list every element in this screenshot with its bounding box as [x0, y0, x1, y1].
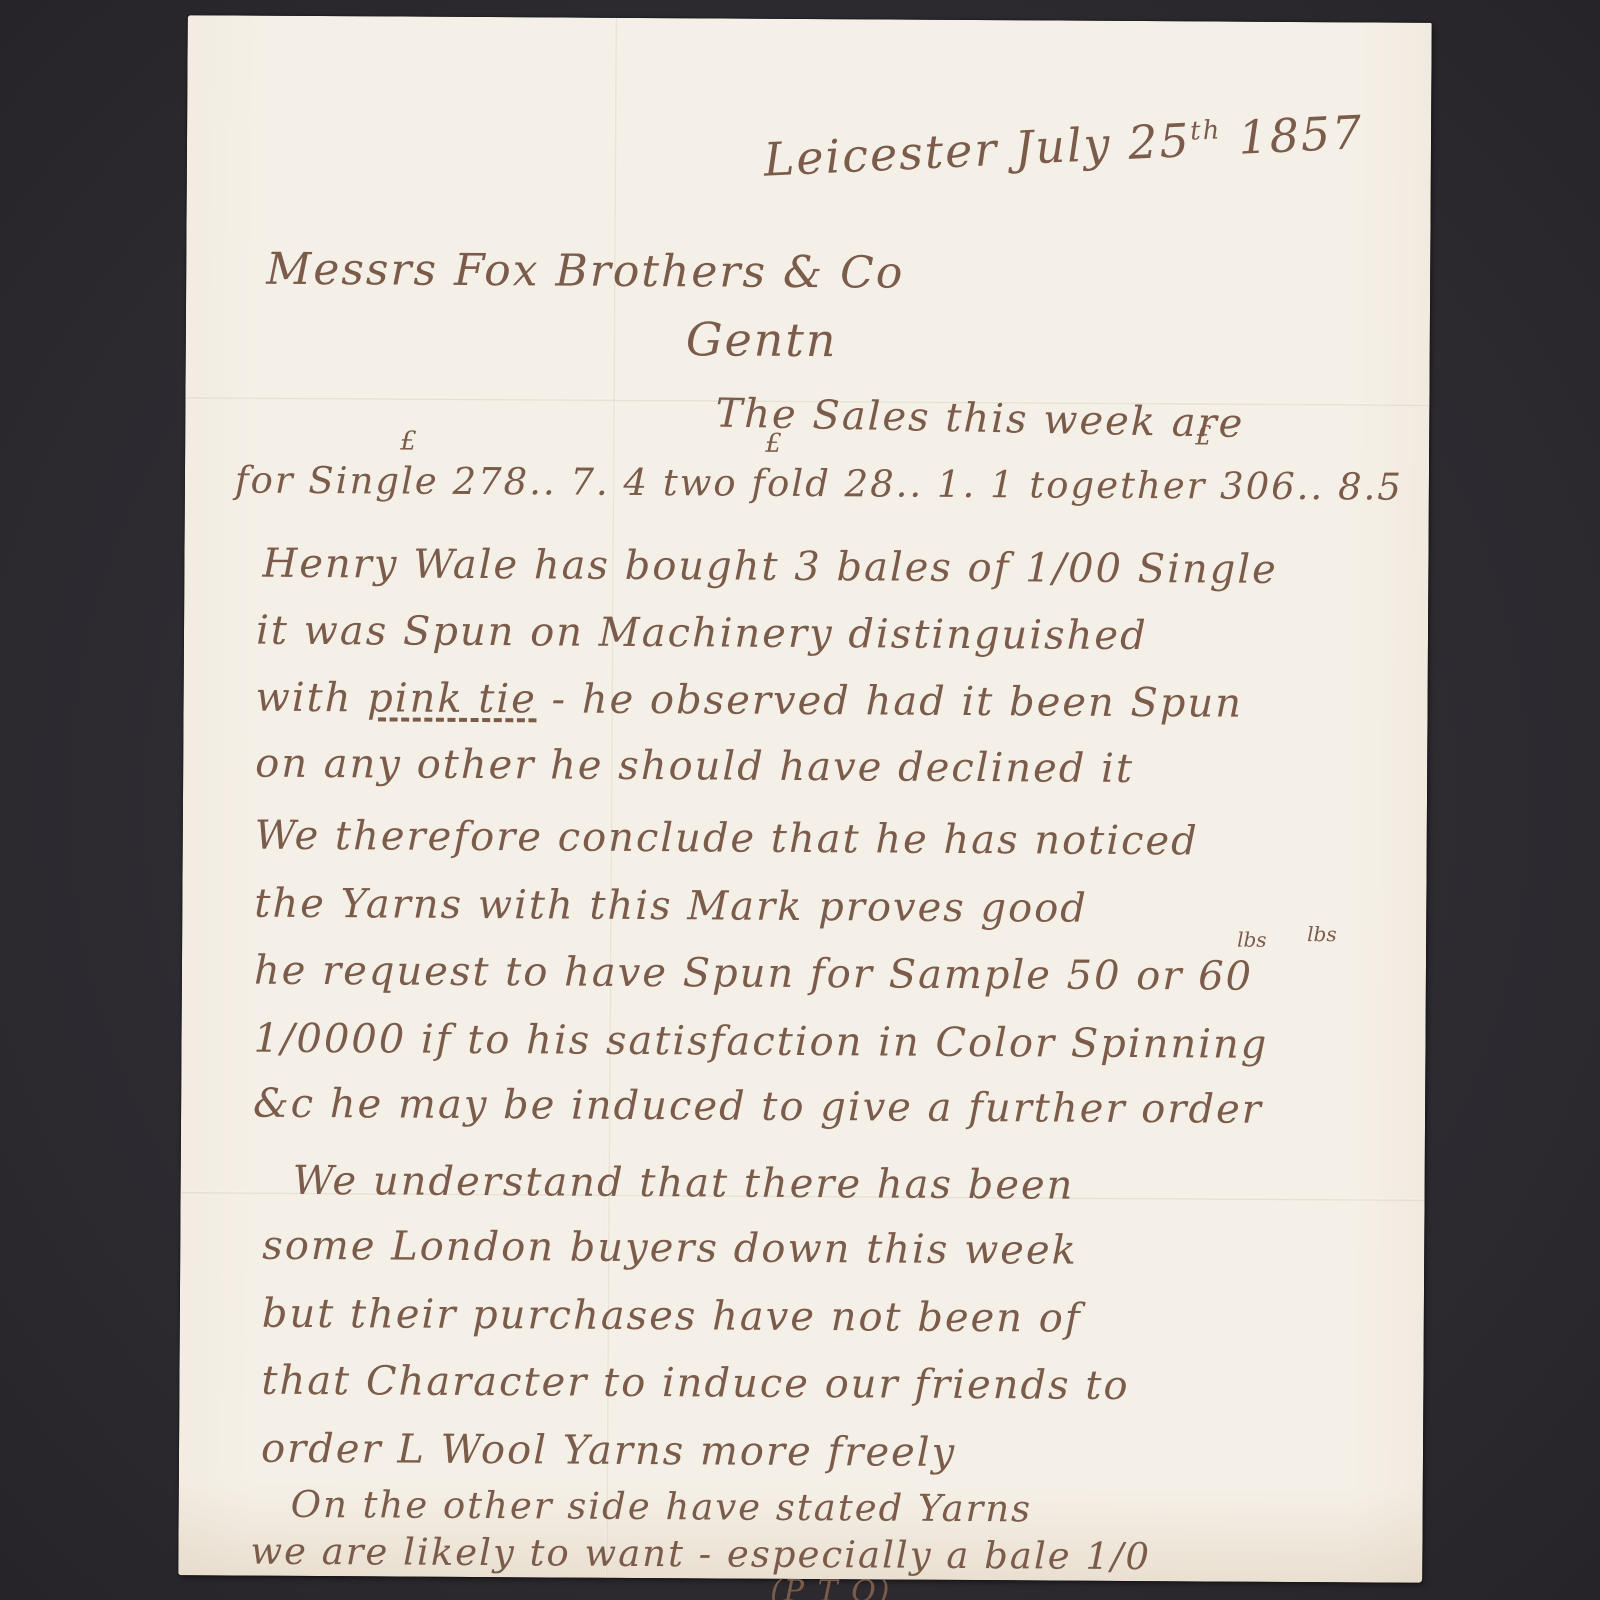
body-line-6: on any other he should have declined it: [255, 744, 1134, 789]
body-line-10: 1/0000 if to his satisfaction in Color S…: [253, 1019, 1268, 1065]
dateline-place: Leicester: [762, 122, 999, 187]
dateline: Leicester July 25th 1857: [763, 109, 1365, 183]
currency-mark-single: £: [400, 427, 417, 457]
body-line-8: the Yarns with this Mark proves good: [254, 884, 1088, 929]
dateline-date-suffix: th: [1189, 115, 1222, 146]
body-line-11: &c he may be induced to give a further o…: [253, 1084, 1263, 1130]
body-line-16: order L Wool Yarns more freely: [261, 1429, 956, 1473]
unit-lbs-2: lbs: [1307, 922, 1337, 946]
please-turn-over-note: (P T O): [770, 1577, 891, 1600]
emphasis-pink-tie: pink tie: [367, 675, 537, 722]
letter-page: Leicester July 25th 1857 Messrs Fox Brot…: [178, 15, 1432, 1583]
body-line-15: that Character to induce our friends to: [261, 1361, 1129, 1406]
body-line-13: some London buyers down this week: [262, 1226, 1078, 1271]
body-line-4: it was Spun on Machinery distinguished: [256, 611, 1148, 656]
body-line-5: with pink tie - he observed had it been …: [255, 678, 1243, 724]
body-line-12: We understand that there has been: [293, 1161, 1075, 1206]
body-line-18: we are likely to want - especially a bal…: [250, 1533, 1151, 1576]
addressee: Messrs Fox Brothers & Co: [266, 248, 904, 296]
dateline-year: 1857: [1237, 105, 1364, 165]
body-line-5-start: with: [255, 675, 367, 722]
dateline-date: July 25: [1014, 113, 1192, 175]
body-line-1: The Sales this week are: [715, 393, 1245, 444]
body-line-9: he request to have Spun for Sample 50 or…: [254, 951, 1253, 997]
body-line-5-end: - he observed had it been Spun: [537, 676, 1243, 726]
body-line-2: for Single 278.. 7. 4 two fold 28.. 1. 1…: [235, 462, 1403, 506]
body-line-17: On the other side have stated Yarns: [291, 1486, 1033, 1528]
body-line-3: Henry Wale has bought 3 bales of 1/00 Si…: [262, 544, 1278, 590]
body-line-14: but their purchases have not been of: [262, 1294, 1082, 1339]
currency-mark-together: £: [1195, 421, 1212, 451]
salutation: Gentn: [686, 316, 838, 363]
unit-lbs-1: lbs: [1237, 928, 1267, 952]
body-line-7: We therefore conclude that he has notice…: [255, 816, 1199, 862]
currency-mark-two-fold: £: [765, 429, 782, 459]
